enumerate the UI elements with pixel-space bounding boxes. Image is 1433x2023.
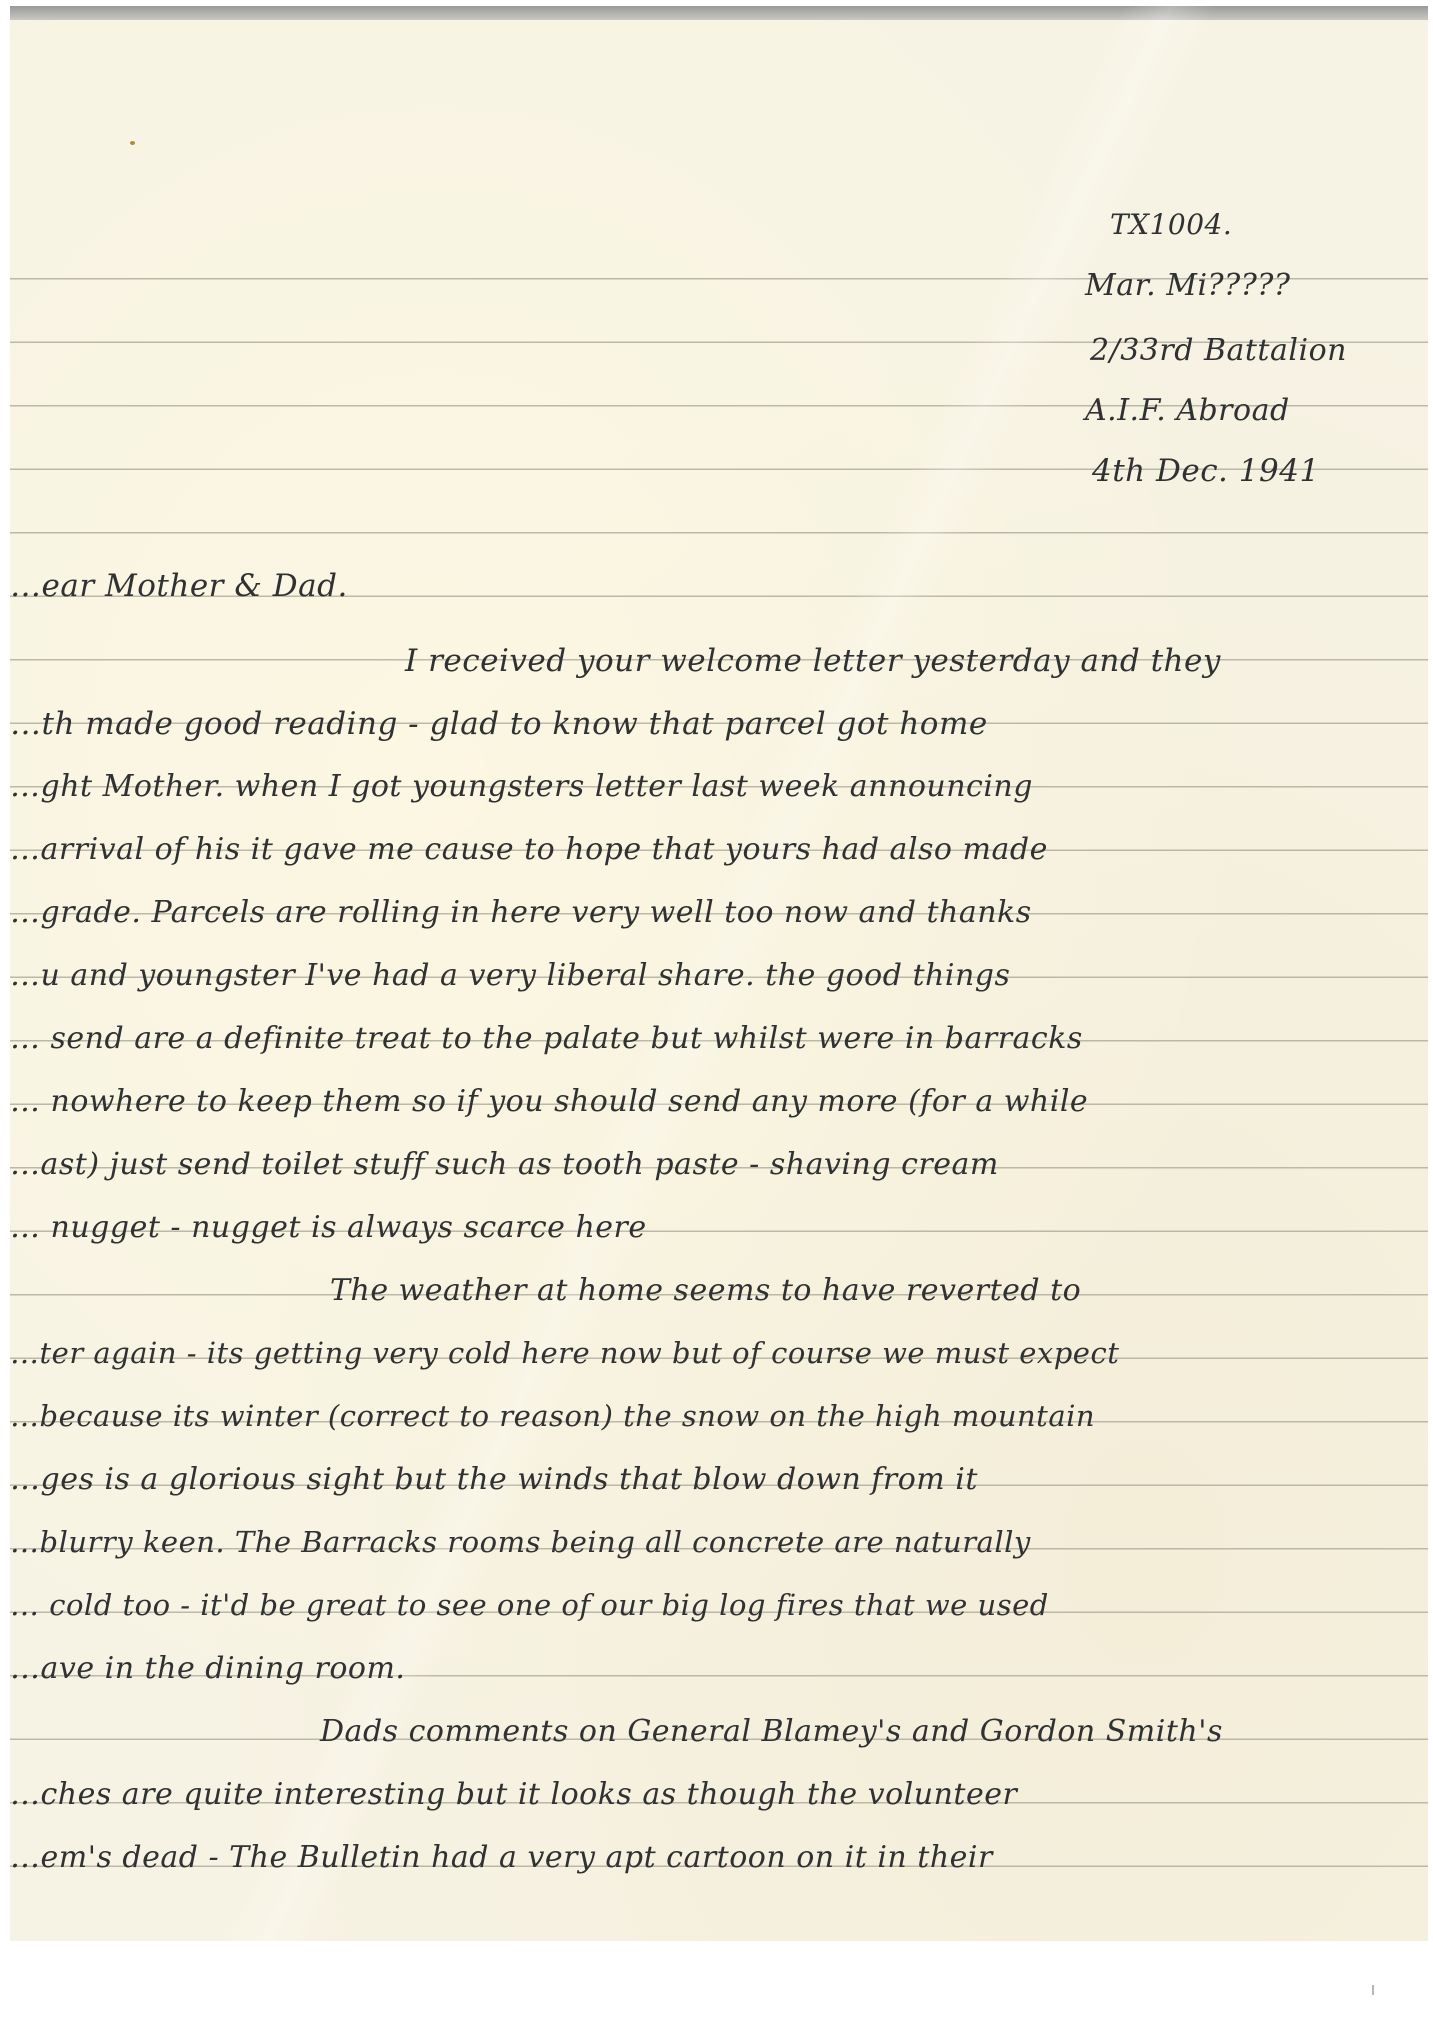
letter-page: TX1004. Mar. Mi????? 2/33rd Battalion A.… — [10, 6, 1428, 1941]
address-unit: 2/33rd Battalion — [1090, 336, 1347, 366]
body-line: …th made good reading - glad to know tha… — [10, 709, 988, 740]
address-location: Mar. Mi????? — [1085, 271, 1290, 301]
body-line: …ast) just send toilet stuff such as too… — [10, 1150, 999, 1180]
letter-date: 4th Dec. 1941 — [1092, 456, 1320, 487]
body-line: … cold too - it'd be great to see one of… — [10, 1591, 1049, 1620]
service-number: TX1004. — [1110, 211, 1232, 239]
body-line: …u and youngster I've had a very liberal… — [10, 961, 1010, 991]
body-line: …arrival of his it gave me cause to hope… — [10, 835, 1048, 865]
body-line: …ght Mother. when I got youngsters lette… — [10, 772, 1033, 802]
body-line: …ave in the dining room. — [10, 1654, 405, 1684]
scan-top-edge — [10, 6, 1428, 20]
body-line: …blurry keen. The Barracks rooms being a… — [10, 1528, 1031, 1557]
body-line: … nugget - nugget is always scarce here — [10, 1213, 647, 1243]
body-line: … nowhere to keep them so if you should … — [10, 1087, 1088, 1117]
salutation: …ear Mother & Dad. — [10, 571, 348, 602]
scan-artifact — [1372, 1985, 1374, 1995]
body-line: I received your welcome letter yesterday… — [405, 646, 1221, 677]
body-line: …ges is a glorious sight but the winds t… — [10, 1465, 978, 1495]
body-line: The weather at home seems to have revert… — [330, 1276, 1081, 1306]
body-line: …ches are quite interesting but it looks… — [10, 1780, 1017, 1810]
paper-stain — [130, 141, 135, 145]
body-line: …grade. Parcels are rolling in here very… — [10, 898, 1032, 928]
body-line: … send are a definite treat to the palat… — [10, 1024, 1083, 1054]
body-line: …ter again - its getting very cold here … — [10, 1339, 1119, 1368]
address-force: A.I.F. Abroad — [1085, 396, 1290, 426]
body-line: …em's dead - The Bulletin had a very apt… — [10, 1843, 993, 1873]
body-line: Dads comments on General Blamey's and Go… — [320, 1717, 1223, 1747]
body-line: …because its winter (correct to reason) … — [10, 1402, 1095, 1431]
